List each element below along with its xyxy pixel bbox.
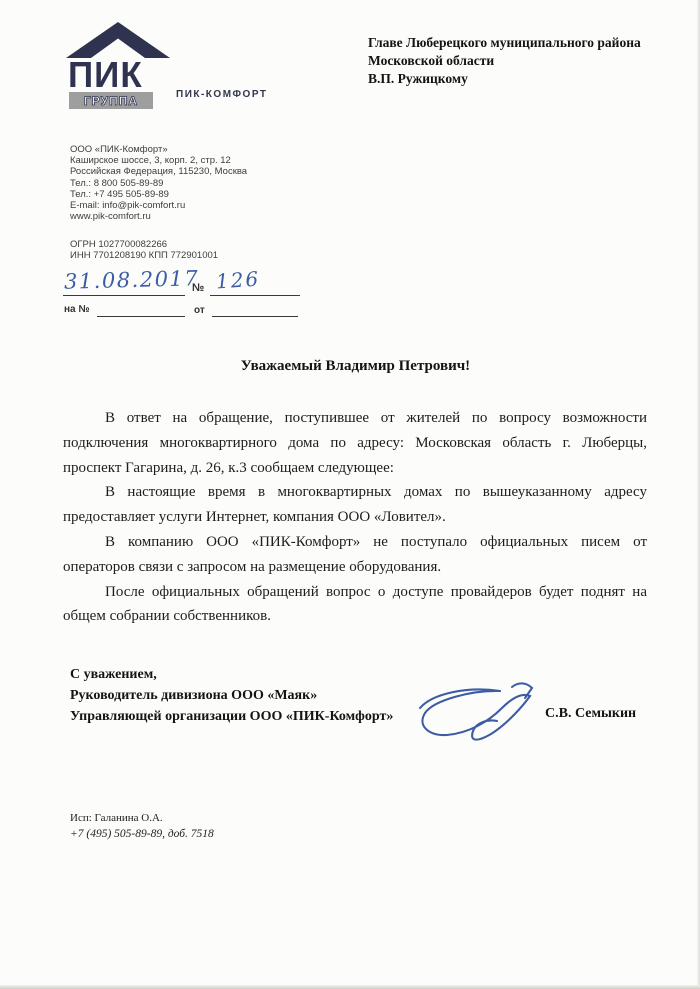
body-paragraph: В настоящие время в многоквартирных дома… (63, 480, 647, 530)
sender-contacts-block: ООО «ПИК-Комфорт» Каширское шоссе, 3, ко… (70, 144, 247, 222)
contact-line: Тел.: +7 495 505-89-89 (70, 189, 247, 200)
contact-line: E-mail: info@pik-comfort.ru (70, 200, 247, 211)
letter-page: ПИК ГРУППА ПИК-КОМФОРТ Главе Люберецкого… (0, 0, 700, 989)
executor-block: Исп: Галанина О.А. +7 (495) 505-89-89, д… (70, 811, 214, 842)
contact-line: Каширское шоссе, 3, корп. 2, стр. 12 (70, 155, 247, 166)
logo-division-label: ПИК-КОМФОРТ (176, 89, 267, 100)
date-underline (63, 295, 185, 296)
body-paragraph: После официальных обращений вопрос о дос… (63, 580, 647, 630)
executor-name: Исп: Галанина О.А. (70, 811, 214, 827)
inn-kpp-line: ИНН 7701208190 КПП 772901001 (70, 250, 218, 261)
body-paragraph: В ответ на обращение, поступившее от жит… (63, 406, 647, 480)
scan-edge-bottom (0, 985, 700, 989)
salutation: Уважаемый Владимир Петрович! (63, 358, 648, 375)
handwritten-number: 126 (215, 266, 261, 293)
signature-scribble-icon (412, 678, 547, 750)
contact-line: www.pik-comfort.ru (70, 211, 247, 222)
on-number-label: на № (64, 304, 90, 315)
contact-line: Российская Федерация, 115230, Москва (70, 166, 247, 177)
number-underline (210, 295, 300, 296)
logo-brand-text: ПИК (68, 58, 172, 92)
pik-logo: ПИК ГРУППА (66, 22, 172, 109)
ogrn-line: ОГРН 1027700082266 (70, 239, 218, 250)
handwritten-date: 31.08.2017 (64, 266, 200, 294)
recipient-block: Главе Люберецкого муниципального района … (368, 34, 678, 88)
recipient-line: Московской области (368, 52, 678, 70)
signer-name: С.В. Семыкин (545, 706, 636, 722)
pik-roof-icon (66, 22, 170, 58)
from-label: от (194, 305, 205, 316)
number-label: № (192, 282, 204, 294)
contact-line: Тел.: 8 800 505-89-89 (70, 178, 247, 189)
executor-phone: +7 (495) 505-89-89, доб. 7518 (70, 827, 214, 843)
on-number-underline (97, 316, 185, 317)
body-paragraph: В компанию ООО «ПИК-Комфорт» не поступал… (63, 530, 647, 580)
from-underline (212, 316, 298, 317)
recipient-line: Главе Люберецкого муниципального района (368, 34, 678, 52)
recipient-line: В.П. Ружицкому (368, 70, 678, 88)
contact-line: ООО «ПИК-Комфорт» (70, 144, 247, 155)
letter-body: В ответ на обращение, поступившее от жит… (63, 406, 647, 629)
registration-block: ОГРН 1027700082266 ИНН 7701208190 КПП 77… (70, 239, 218, 261)
